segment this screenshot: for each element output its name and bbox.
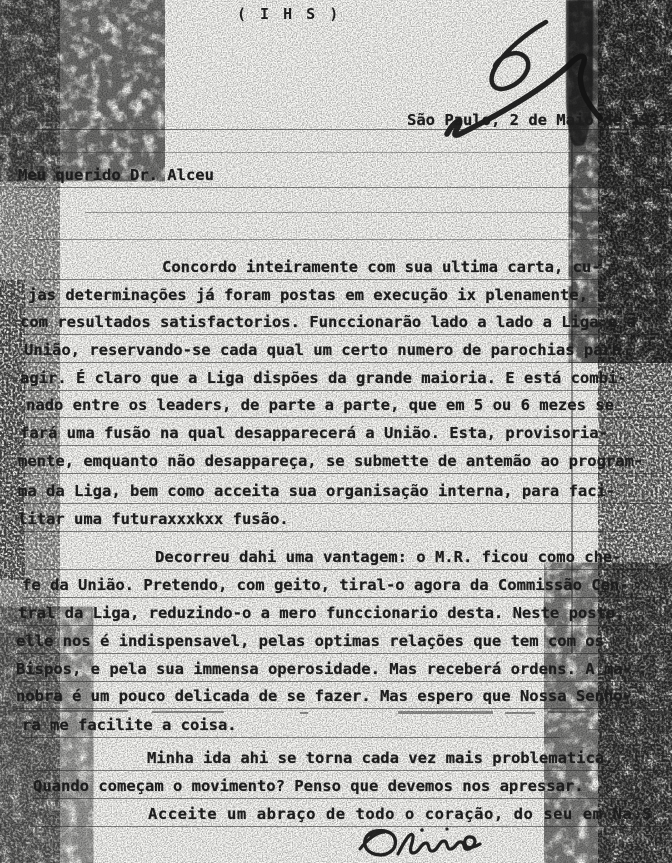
closing-line: Acceite um abraço de todo o coração, do … <box>30 805 669 827</box>
dateline: São Paulo, 2 de Maio de 1932 <box>407 111 668 130</box>
scanned-letter-page: ( I H S ) 6 São Paulo, 2 de Maio de 1932… <box>0 0 672 863</box>
letter-line: fe da União. Pretendo, com geito, tiral-… <box>22 576 665 598</box>
ruled-line <box>28 152 653 153</box>
letter-line: Decorreu dahi uma vantagem: o M.R. ficou… <box>33 548 665 570</box>
letter-line: ma da Liga, bem como acceita sua organis… <box>18 482 665 504</box>
ruled-line <box>588 729 668 730</box>
ruled-line <box>28 239 667 240</box>
letter-line: União, reservando-se cada qual um certo … <box>24 341 665 363</box>
letter-line: com resultados satisfactorios. Funcciona… <box>20 313 665 335</box>
salutation: Meu querido Dr. Alceu <box>18 166 665 188</box>
ruled-line <box>85 212 657 213</box>
letter-line: Minha ida ahi se torna cada vez mais pro… <box>35 749 665 771</box>
letter-line: nobra é um pouco delicada de se fazer. M… <box>16 687 665 709</box>
letter-line: jas determinações já foram postas em exe… <box>28 286 665 308</box>
letter-line: Bispos, e pela sua immensa operosidade. … <box>16 660 665 682</box>
ruled-line <box>35 129 667 130</box>
letter-line: agir. É claro que a Liga dispões da gran… <box>20 369 665 391</box>
letter-line: nado entre os leaders, de parte a parte,… <box>26 396 665 418</box>
letter-line: Concordo inteiramente com sua ultima car… <box>36 258 665 280</box>
letter-line: fará uma fusão na qual desapparecerá a U… <box>20 424 665 446</box>
letter-line: elle nos é indispensavel, pelas optimas … <box>16 632 665 654</box>
letter-line: litar uma futuraxxxkxx fusão. <box>18 510 645 532</box>
letterhead-monogram: ( I H S ) <box>237 5 341 23</box>
letter-line: ra me facilite a coisa. <box>22 716 560 738</box>
letter-line: mente, emquanto não desappareça, se subm… <box>18 452 665 474</box>
letter-line: tral da Liga, reduzindo-o a mero funccio… <box>18 604 665 626</box>
letter-line: Quando começam o movimento? Penso que de… <box>33 777 640 799</box>
